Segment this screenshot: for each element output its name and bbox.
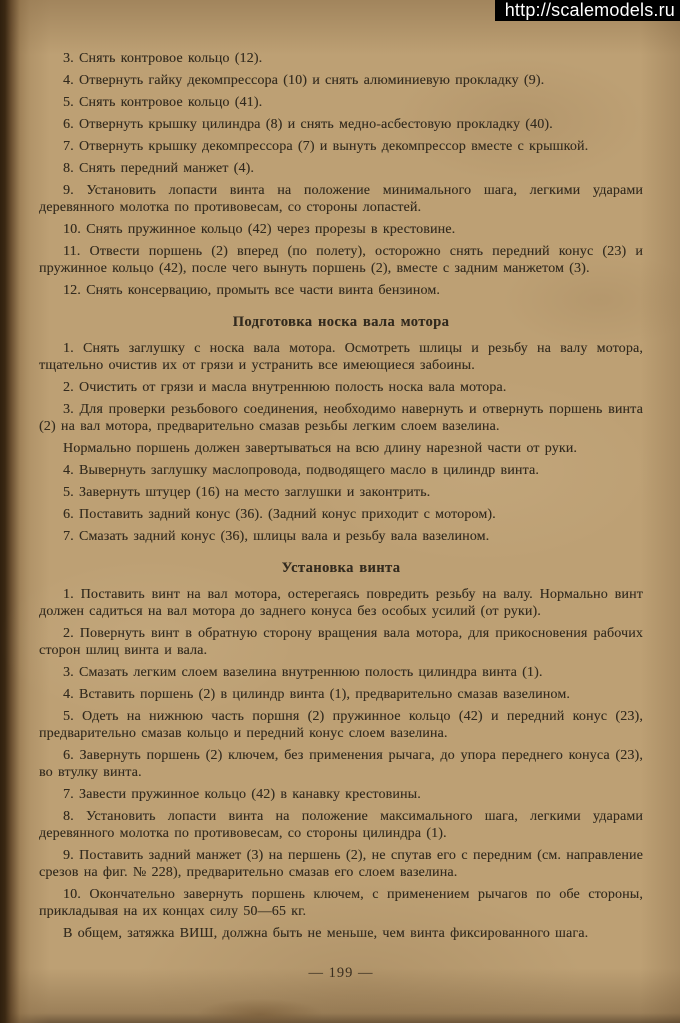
numbered-step: 4. Вывернуть заглушку маслопровода, подв… <box>39 462 643 479</box>
note-paragraph: В общем, затяжка ВИШ, должна быть не мен… <box>39 925 643 942</box>
numbered-step: 7. Отвернуть крышку декомпрессора (7) и … <box>39 138 643 155</box>
numbered-step: 9. Поставить задний манжет (3) на першен… <box>39 847 643 881</box>
numbered-step: 7. Завести пружинное кольцо (42) в канав… <box>39 786 643 803</box>
numbered-step: 5. Завернуть штуцер (16) на место заглуш… <box>39 484 643 501</box>
book-scan: http://scalemodels.ru 3. Снять контровое… <box>0 0 680 1023</box>
numbered-step: 2. Повернуть винт в обратную сторону вра… <box>39 625 643 659</box>
numbered-step: 6. Завернуть поршень (2) ключем, без при… <box>39 747 643 781</box>
section-heading: Установка винта <box>39 560 643 577</box>
numbered-step: 3. Смазать легким слоем вазелина внутрен… <box>39 664 643 681</box>
numbered-step: 2. Очистить от грязи и масла внутреннюю … <box>39 379 643 396</box>
numbered-step: 11. Отвести поршень (2) вперед (по полет… <box>39 243 643 277</box>
watermark-url: http://scalemodels.ru <box>495 0 680 21</box>
numbered-step: 1. Снять заглушку с носка вала мотора. О… <box>39 340 643 374</box>
note-paragraph: Нормально поршень должен завертываться н… <box>39 440 643 457</box>
numbered-step: 6. Отвернуть крышку цилиндра (8) и снять… <box>39 116 643 133</box>
numbered-step: 5. Одеть на нижнюю часть поршня (2) пруж… <box>39 708 643 742</box>
section-heading: Подготовка носка вала мотора <box>39 314 643 331</box>
numbered-step: 5. Снять контровое кольцо (41). <box>39 94 643 111</box>
numbered-step: 9. Установить лопасти винта на положение… <box>39 182 643 216</box>
numbered-step: 6. Поставить задний конус (36). (Задний … <box>39 506 643 523</box>
scanned-book-page: { "watermark": { "text": "http://scalemo… <box>0 0 680 1023</box>
numbered-step: 8. Установить лопасти винта на положение… <box>39 808 643 842</box>
numbered-step: 10. Окончательно завернуть поршень ключе… <box>39 886 643 920</box>
numbered-step: 1. Поставить винт на вал мотора, остерег… <box>39 586 643 620</box>
numbered-step: 10. Снять пружинное кольцо (42) через пр… <box>39 221 643 238</box>
numbered-step: 3. Для проверки резьбового соединения, н… <box>39 401 643 435</box>
page-content: 3. Снять контровое кольцо (12).4. Отверн… <box>39 50 643 947</box>
page-number: — 199 — <box>39 965 643 982</box>
numbered-step: 7. Смазать задний конус (36), шлицы вала… <box>39 528 643 545</box>
numbered-step: 12. Снять консервацию, промыть все части… <box>39 282 643 299</box>
numbered-step: 3. Снять контровое кольцо (12). <box>39 50 643 67</box>
numbered-step: 4. Вставить поршень (2) в цилиндр винта … <box>39 686 643 703</box>
numbered-step: 8. Снять передний манжет (4). <box>39 160 643 177</box>
numbered-step: 4. Отвернуть гайку декомпрессора (10) и … <box>39 72 643 89</box>
